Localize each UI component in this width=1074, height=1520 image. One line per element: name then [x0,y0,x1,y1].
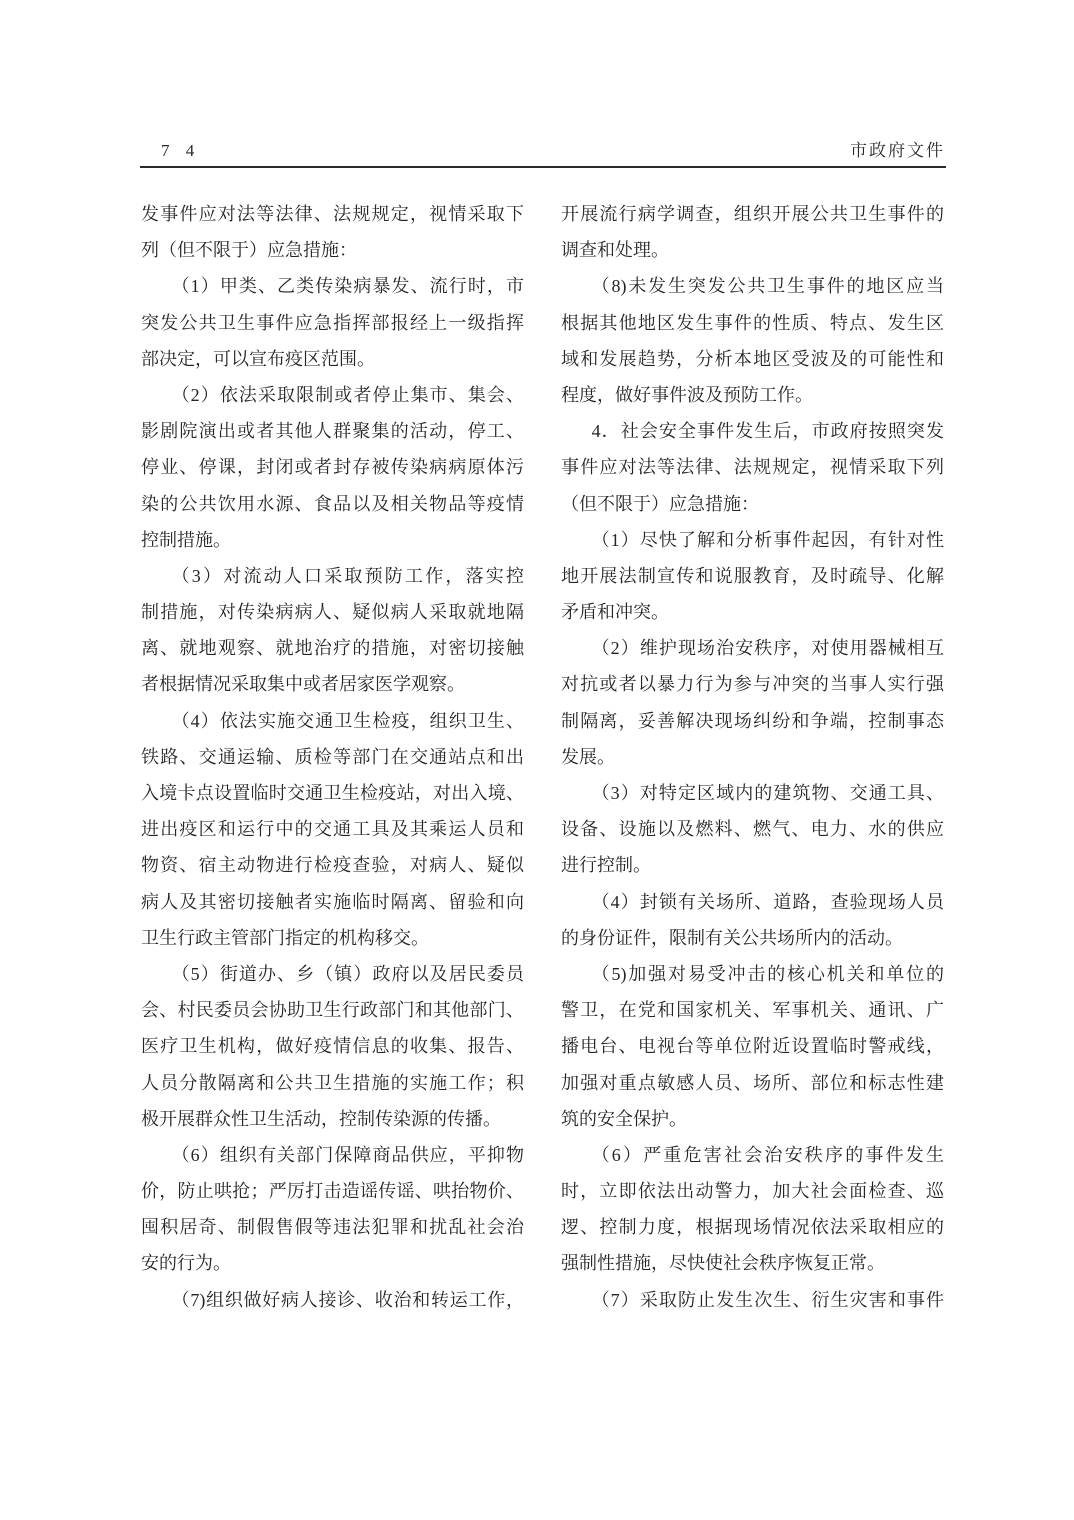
text-line: （6）组织有关部门保障商品供应，平抑物 [141,1137,524,1173]
text-line: 极开展群众性卫生活动，控制传染源的传播。 [141,1101,524,1137]
text-line: （7）采取防止发生次生、衍生灾害和事件 [561,1282,944,1318]
text-line: 安的行为。 [141,1245,524,1281]
text-line: 时，立即依法出动警力，加大社会面检查、巡 [561,1173,944,1209]
text-line: 入境卡点设置临时交通卫生检疫站，对出入境、 [141,775,524,811]
text-line: 矛盾和冲突。 [561,594,944,630]
text-line: 进行控制。 [561,847,944,883]
text-line: 播电台、电视台等单位附近设置临时警戒线， [561,1028,944,1064]
text-line: （4）依法实施交通卫生检疫，组织卫生、 [141,703,524,739]
text-line: （但不限于）应急措施： [561,486,944,522]
text-line: 警卫，在党和国家机关、军事机关、通讯、广 [561,992,944,1028]
text-line: 程度，做好事件波及预防工作。 [561,377,944,413]
text-line: 强制性措施，尽快使社会秩序恢复正常。 [561,1245,944,1281]
text-line: （2）维护现场治安秩序，对使用器械相互 [561,630,944,666]
text-line: 地开展法制宣传和说服教育，及时疏导、化解 [561,558,944,594]
text-line: 进出疫区和运行中的交通工具及其乘运人员和 [141,811,524,847]
text-line: 发事件应对法等法律、法规规定，视情采取下 [141,196,524,232]
text-line: 设备、设施以及燃料、燃气、电力、水的供应 [561,811,944,847]
text-line: 人员分散隔离和公共卫生措施的实施工作；积 [141,1065,524,1101]
text-line: （4）封锁有关场所、道路，查验现场人员 [561,884,944,920]
left-column: 发事件应对法等法律、法规规定，视情采取下列（但不限于）应急措施：（1）甲类、乙类… [141,196,524,1318]
text-line: （1）尽快了解和分析事件起因，有针对性 [561,522,944,558]
text-line: 突发公共卫生事件应急指挥部报经上一级指挥 [141,305,524,341]
text-line: （2）依法采取限制或者停止集市、集会、 [141,377,524,413]
text-line: 逻、控制力度，根据现场情况依法采取相应的 [561,1209,944,1245]
text-line: 部决定，可以宣布疫区范围。 [141,341,524,377]
text-line: 对抗或者以暴力行为参与冲突的当事人实行强 [561,666,944,702]
text-line: 价，防止哄抢；严厉打击造谣传谣、哄抬物价、 [141,1173,524,1209]
text-columns: 发事件应对法等法律、法规规定，视情采取下列（但不限于）应急措施：（1）甲类、乙类… [141,196,945,1318]
text-line: 会、村民委员会协助卫生行政部门和其他部门、 [141,992,524,1028]
text-line: 物资、宿主动物进行检疫查验，对病人、疑似 [141,847,524,883]
document-page: 7 4 市政府文件 发事件应对法等法律、法规规定，视情采取下列（但不限于）应急措… [0,0,1074,1520]
text-line: （5)加强对易受冲击的核心机关和单位的 [561,956,944,992]
text-line: 卫生行政主管部门指定的机构移交。 [141,920,524,956]
text-line: 囤积居奇、制假售假等违法犯罪和扰乱社会治 [141,1209,524,1245]
text-line: 离、就地观察、就地治疗的措施，对密切接触 [141,630,524,666]
text-line: 筑的安全保护。 [561,1101,944,1137]
text-line: 制措施，对传染病病人、疑似病人采取就地隔 [141,594,524,630]
text-line: 停业、停课，封闭或者封存被传染病病原体污 [141,449,524,485]
text-line: 4．社会安全事件发生后，市政府按照突发 [561,413,944,449]
header-rule [140,166,946,168]
page-number: 7 4 [141,141,200,161]
text-line: 加强对重点敏感人员、场所、部位和标志性建 [561,1065,944,1101]
text-line: 域和发展趋势，分析本地区受波及的可能性和 [561,341,944,377]
text-line: 调查和处理。 [561,232,944,268]
text-line: （8)未发生突发公共卫生事件的地区应当 [561,268,944,304]
page-header: 7 4 市政府文件 [141,136,945,161]
text-line: 染的公共饮用水源、食品以及相关物品等疫情 [141,486,524,522]
text-line: （3）对特定区域内的建筑物、交通工具、 [561,775,944,811]
text-line: 发展。 [561,739,944,775]
text-line: （5）街道办、乡（镇）政府以及居民委员 [141,956,524,992]
text-line: 根据其他地区发生事件的性质、特点、发生区 [561,305,944,341]
header-title: 市政府文件 [850,136,945,161]
text-line: 铁路、交通运输、质检等部门在交通站点和出 [141,739,524,775]
text-line: 医疗卫生机构，做好疫情信息的收集、报告、 [141,1028,524,1064]
right-column: 开展流行病学调查，组织开展公共卫生事件的调查和处理。（8)未发生突发公共卫生事件… [561,196,944,1318]
text-line: 制隔离，妥善解决现场纠纷和争端，控制事态 [561,703,944,739]
text-line: 的身份证件，限制有关公共场所内的活动。 [561,920,944,956]
text-line: （3）对流动人口采取预防工作，落实控 [141,558,524,594]
text-line: 开展流行病学调查，组织开展公共卫生事件的 [561,196,944,232]
text-line: 者根据情况采取集中或者居家医学观察。 [141,666,524,702]
text-line: （1）甲类、乙类传染病暴发、流行时，市 [141,268,524,304]
text-line: 事件应对法等法律、法规规定，视情采取下列 [561,449,944,485]
text-line: 病人及其密切接触者实施临时隔离、留验和向 [141,884,524,920]
text-line: （7)组织做好病人接诊、收治和转运工作， [141,1282,524,1318]
text-line: （6）严重危害社会治安秩序的事件发生 [561,1137,944,1173]
text-line: 列（但不限于）应急措施： [141,232,524,268]
text-line: 控制措施。 [141,522,524,558]
text-line: 影剧院演出或者其他人群聚集的活动，停工、 [141,413,524,449]
